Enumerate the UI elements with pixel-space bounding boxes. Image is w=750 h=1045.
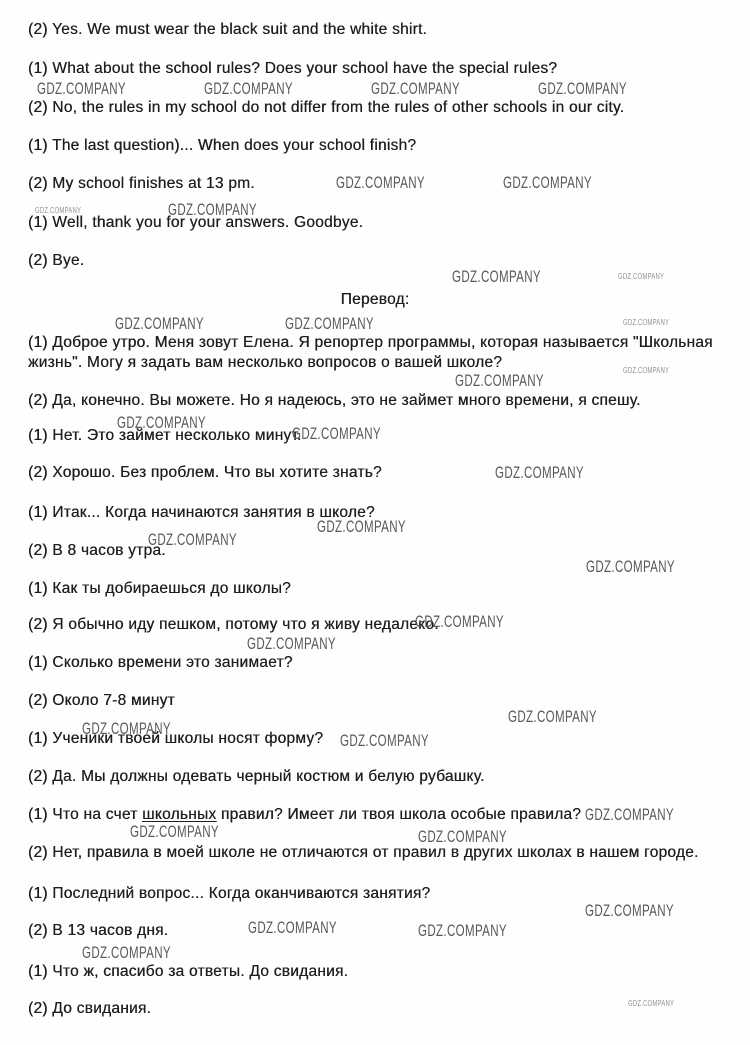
watermark: GDZ.COMPANY (538, 80, 627, 99)
watermark: GDZ.COMPANY (495, 464, 584, 483)
line-text: правил? Имеет ли твоя школа особые прави… (216, 806, 581, 823)
watermark: GDZ.COMPANY (248, 919, 337, 938)
translation-line: (2) До свидания. (28, 1000, 151, 1018)
watermark: GDZ.COMPANY (82, 720, 171, 739)
watermark: GDZ.COMPANY (37, 80, 126, 99)
translation-line: (1) Как ты добираешься до школы? (28, 580, 291, 598)
watermark: GDZ.COMPANY (585, 902, 674, 921)
translation-line: (2) В 8 часов утра. (28, 542, 166, 560)
watermark: GDZ.COMPANY (340, 732, 429, 751)
watermark: GDZ.COMPANY (455, 372, 544, 391)
watermark: GDZ.COMPANY (115, 315, 204, 334)
watermark: GDZ.COMPANY (35, 205, 81, 215)
watermark: GDZ.COMPANY (415, 613, 504, 632)
watermark: GDZ.COMPANY (204, 80, 293, 99)
underlined-word: школьных (142, 806, 216, 823)
watermark: GDZ.COMPANY (292, 425, 381, 444)
line-text: (1) Что на счет (28, 806, 142, 823)
document-page: (2) Yes. We must wear the black suit and… (0, 0, 750, 1045)
translation-line: (1) Доброе утро. Меня зовут Елена. Я реп… (28, 334, 713, 352)
watermark: GDZ.COMPANY (586, 558, 675, 577)
translation-heading: Перевод: (0, 291, 750, 309)
watermark: GDZ.COMPANY (618, 271, 664, 281)
watermark: GDZ.COMPANY (371, 80, 460, 99)
watermark: GDZ.COMPANY (623, 317, 669, 327)
translation-line: (2) Около 7-8 минут (28, 692, 175, 710)
watermark: GDZ.COMPANY (418, 828, 507, 847)
watermark: GDZ.COMPANY (508, 708, 597, 727)
translation-line: (2) Да. Мы должны одевать черный костюм … (28, 768, 485, 786)
dialogue-line: (2) No, the rules in my school do not di… (28, 99, 624, 117)
translation-line: (1) Последний вопрос... Когда оканчивают… (28, 885, 430, 903)
dialogue-line: (1) What about the school rules? Does yo… (28, 60, 557, 78)
watermark: GDZ.COMPANY (623, 365, 669, 375)
translation-line: (2) В 13 часов дня. (28, 922, 168, 940)
watermark: GDZ.COMPANY (168, 201, 257, 220)
watermark: GDZ.COMPANY (247, 635, 336, 654)
watermark: GDZ.COMPANY (117, 414, 206, 433)
translation-line: (2) Да, конечно. Вы можете. Но я надеюсь… (28, 392, 641, 410)
translation-line: (2) Я обычно иду пешком, потому что я жи… (28, 616, 439, 634)
dialogue-line: (2) My school finishes at 13 pm. (28, 175, 255, 193)
watermark: GDZ.COMPANY (317, 518, 406, 537)
watermark: GDZ.COMPANY (628, 998, 674, 1008)
watermark: GDZ.COMPANY (336, 174, 425, 193)
translation-line: (1) Что ж, спасибо за ответы. До свидани… (28, 963, 348, 981)
watermark: GDZ.COMPANY (82, 944, 171, 963)
watermark: GDZ.COMPANY (503, 174, 592, 193)
watermark: GDZ.COMPANY (148, 531, 237, 550)
dialogue-line: (2) Yes. We must wear the black suit and… (28, 21, 427, 39)
dialogue-line: (1) The last question)... When does your… (28, 137, 416, 155)
translation-line: (2) Нет, правила в моей школе не отличаю… (28, 844, 699, 862)
watermark: GDZ.COMPANY (418, 922, 507, 941)
translation-line: жизнь". Могу я задать вам несколько вопр… (28, 354, 502, 372)
translation-line: (2) Хорошо. Без проблем. Что вы хотите з… (28, 464, 382, 482)
translation-line: (1) Что на счет школьных правил? Имеет л… (28, 806, 581, 824)
translation-line: (1) Сколько времени это занимает? (28, 654, 293, 672)
dialogue-line: (2) Bye. (28, 252, 84, 270)
watermark: GDZ.COMPANY (452, 268, 541, 287)
watermark: GDZ.COMPANY (130, 823, 219, 842)
watermark: GDZ.COMPANY (585, 806, 674, 825)
translation-line: (1) Ученики твоей школы носят форму? (28, 730, 323, 748)
watermark: GDZ.COMPANY (285, 315, 374, 334)
